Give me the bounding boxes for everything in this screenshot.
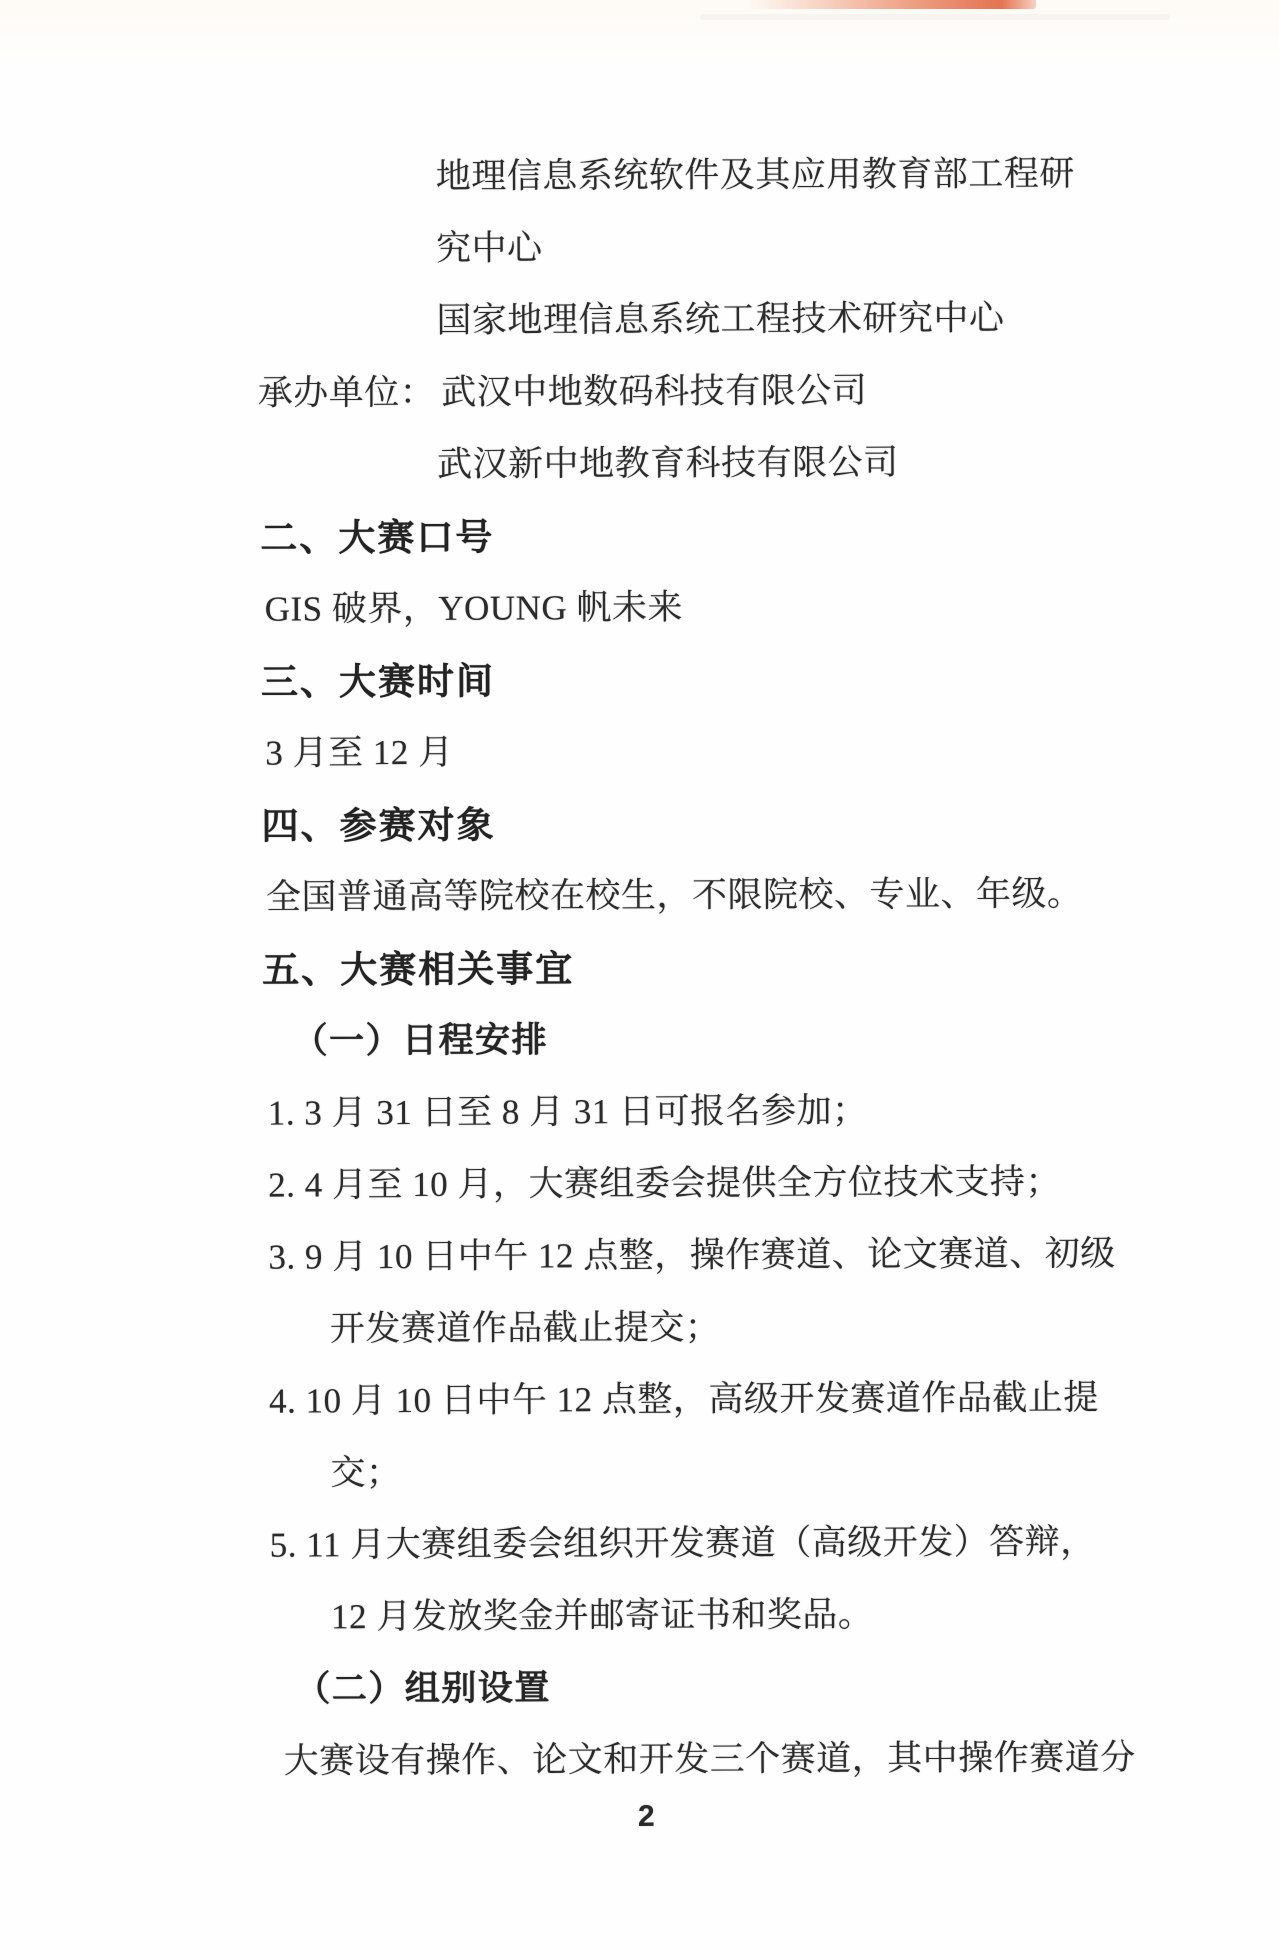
time-range: 3 月至 12 月	[3, 710, 1279, 788]
schedule-item: 5. 11 月大赛组委会组织开发赛道（高级开发）答辩，	[7, 1502, 1279, 1580]
schedule-item-continuation: 12 月发放奖金并邮寄证书和奖品。	[7, 1574, 1279, 1652]
schedule-item-continuation: 开发赛道作品截止提交；	[6, 1286, 1279, 1364]
section-heading: 五、大赛相关事宜	[4, 926, 1279, 1004]
schedule-item: 2. 4 月至 10 月，大赛组委会提供全方位技术支持；	[5, 1142, 1279, 1220]
subsection-heading: （二）组别设置	[7, 1646, 1279, 1724]
document-sheet: 地理信息系统软件及其应用教育部工程研究中心国家地理信息系统工程技术研究中心承办单…	[0, 0, 1279, 1844]
paragraph: 大赛设有操作、论文和开发三个赛道，其中操作赛道分	[8, 1718, 1279, 1796]
document-body: 地理信息系统软件及其应用教育部工程研究中心国家地理信息系统工程技术研究中心承办单…	[0, 0, 1279, 1796]
schedule-item: 1. 3 月 31 日至 8 月 31 日可报名参加；	[5, 1070, 1279, 1148]
scanned-document-page: 地理信息系统软件及其应用教育部工程研究中心国家地理信息系统工程技术研究中心承办单…	[0, 0, 1279, 1959]
schedule-item: 4. 10 月 10 日中午 12 点整，高级开发赛道作品截止提	[6, 1358, 1279, 1436]
host-unit-continuation: 究中心	[1, 206, 1279, 284]
section-heading: 四、参赛对象	[3, 782, 1279, 860]
schedule-item-continuation: 交；	[6, 1430, 1279, 1508]
subsection-heading: （一）日程安排	[4, 998, 1279, 1076]
organizer-unit: 承办单位：武汉中地数码科技有限公司	[2, 350, 1279, 428]
slogan: GIS 破界，YOUNG 帆未来	[2, 566, 1279, 644]
host-unit-continuation: 地理信息系统软件及其应用教育部工程研	[1, 134, 1279, 212]
section-heading: 二、大赛口号	[2, 494, 1279, 572]
organizer-label: 承办单位：	[258, 365, 436, 416]
host-unit: 国家地理信息系统工程技术研究中心	[1, 278, 1279, 356]
organizer-unit: 武汉新中地教育科技有限公司	[2, 422, 1279, 500]
eligibility: 全国普通高等院校在校生，不限院校、专业、年级。	[4, 854, 1279, 932]
page-number: 2	[8, 1790, 1279, 1844]
schedule-item: 3. 9 月 10 日中午 12 点整，操作赛道、论文赛道、初级	[5, 1214, 1279, 1292]
section-heading: 三、大赛时间	[3, 638, 1279, 716]
